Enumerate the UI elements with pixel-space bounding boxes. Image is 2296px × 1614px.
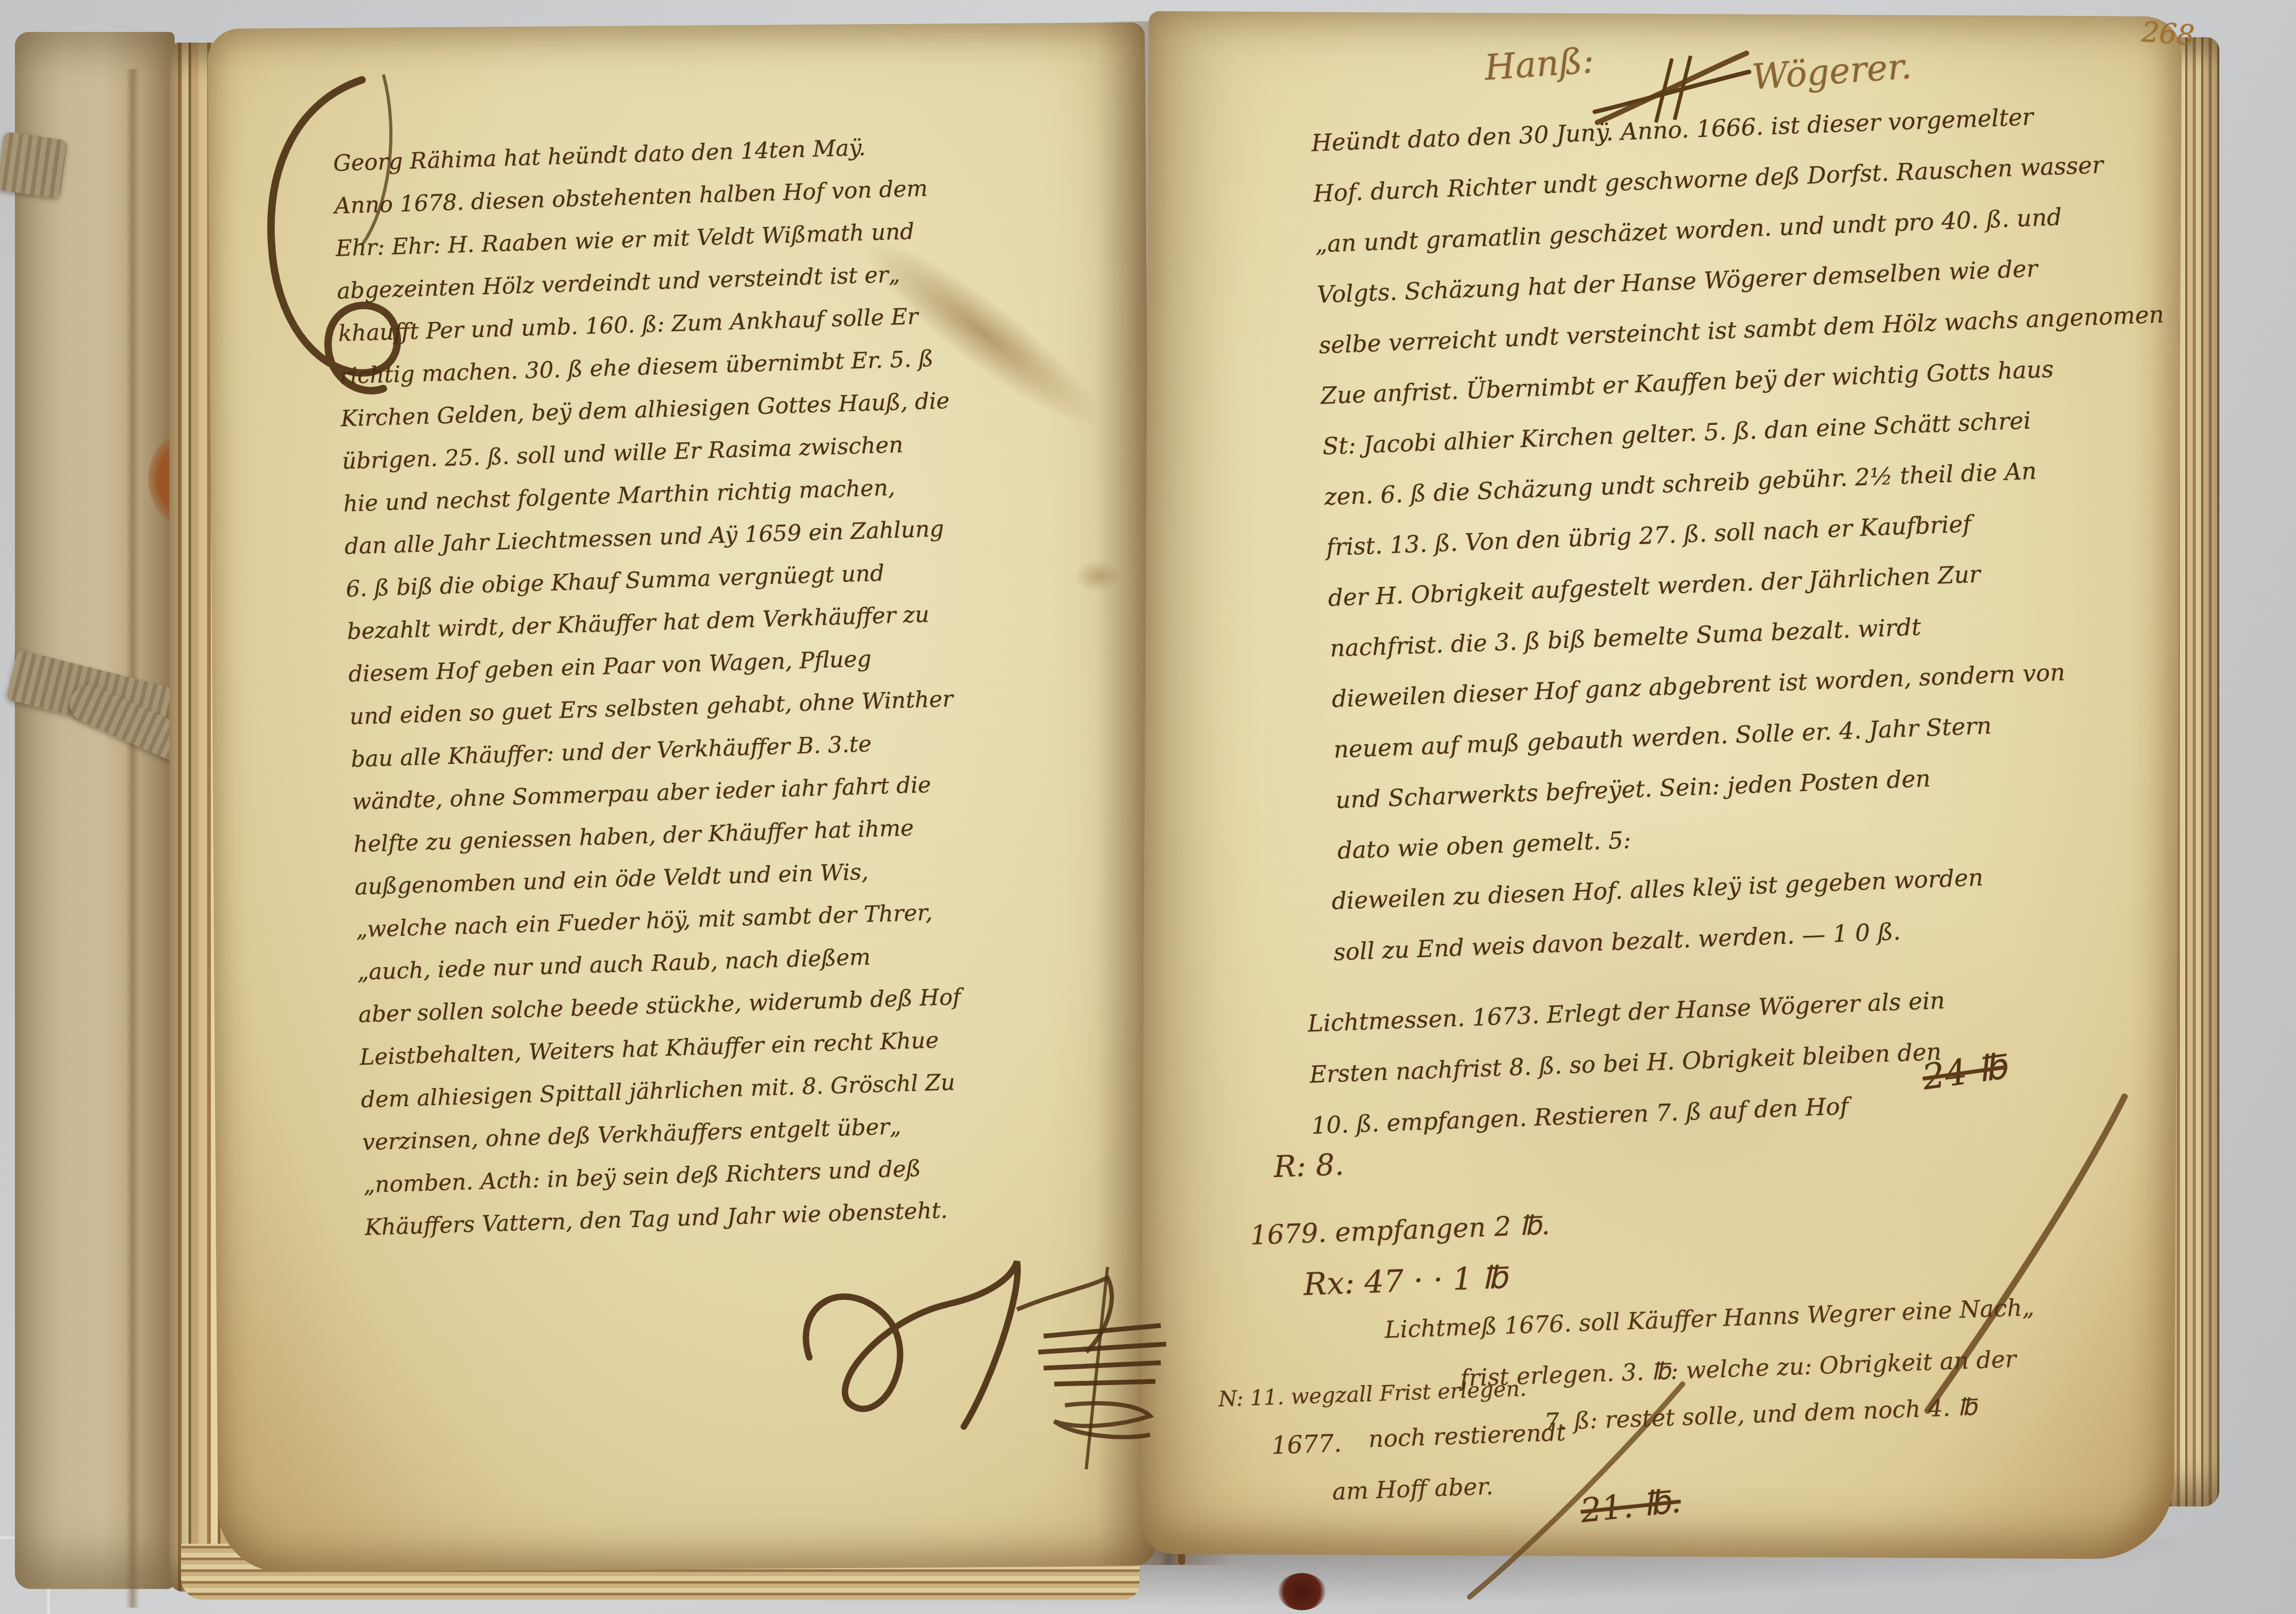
marginal-notes-layer: 24 ℔R: 8.1679. empfangen 2 ℔.Rx: 47 · · … (0, 0, 2296, 1614)
marginal-note: frist erlegen. 3. ℔: welche zu: Obrigkei… (1459, 1346, 2016, 1392)
marginal-note: Rx: 47 · · 1 ℔ (1303, 1259, 1508, 1302)
marginal-note: 1679. empfangen 2 ℔. (1250, 1209, 1550, 1251)
marginal-note: 1677. (1271, 1429, 1342, 1460)
marginal-note: noch restierendt (1368, 1419, 1566, 1453)
marginal-note: am Hoff aber. (1332, 1473, 1494, 1506)
marginal-note: 24 ℔ (1920, 1045, 2009, 1098)
marginal-note: Lichtmeß 1676. soll Käuffer Hanns Wegrer… (1384, 1294, 2035, 1344)
marginal-note: N: 11. wegzall Frist erlegen. (1218, 1377, 1527, 1412)
marginal-note: R: 8. (1273, 1148, 1344, 1185)
marginal-note: 7. ß: restet solle, und dem noch 4. ℔ (1544, 1394, 1977, 1436)
photo-background: Georg Rähima hat heündt dato den 14ten M… (0, 0, 2296, 1614)
marginal-note: 21. ℔. (1579, 1481, 1683, 1530)
